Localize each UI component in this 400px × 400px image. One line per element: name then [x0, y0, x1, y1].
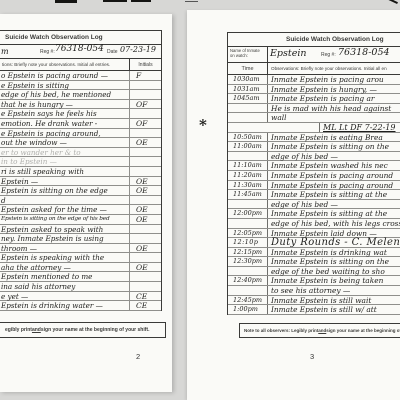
- right-column-headers: Time Observations: Briefly note your obs…: [227, 63, 400, 75]
- time-value: 12:40pm: [228, 276, 268, 285]
- observation-text: wall: [268, 113, 400, 122]
- time-value: [228, 113, 268, 122]
- log-row: He is mad with his head against: [228, 104, 400, 114]
- observation-text: Epstein is sitting on the edge of his be…: [0, 215, 129, 224]
- date-label: Date: [107, 49, 118, 55]
- right-page: Suicide Watch Observation Log Name of In…: [187, 10, 400, 400]
- log-row: that he is hungry — OF: [0, 100, 161, 110]
- log-row: ney. Inmate Epstein is using: [0, 234, 161, 244]
- observation-text: Inmate Epstein is still w/ att: [268, 305, 400, 314]
- observer-initials: CE: [129, 292, 161, 301]
- footer-note-text: sign your name at the beginning of your …: [326, 328, 400, 333]
- observer-initials: [129, 157, 161, 166]
- log-row: 12:30pm Inmate Epstein is sitting on the: [228, 257, 400, 267]
- observation-text: Epstein —: [0, 177, 129, 186]
- time-value: 12:45pm: [228, 296, 268, 305]
- time-value: [228, 219, 268, 228]
- observation-text: throom —: [0, 244, 129, 253]
- left-column-headers: tions: Briefly note your observations. I…: [0, 59, 162, 71]
- observation-text: er to wander her & to: [0, 148, 129, 157]
- log-row: 11:30am Inmate Epstein is pacing around: [228, 181, 400, 191]
- inmate-name-cell: Name of Inmate on watch:: [228, 46, 268, 62]
- observation-text: Inmate Epstein is sitting on the: [268, 142, 400, 151]
- observer-initials: [129, 196, 161, 205]
- log-row: 1:00pm Inmate Epstein is still w/ att: [228, 305, 400, 315]
- observation-text: Epstein is speaking with the: [0, 253, 129, 262]
- time-value: [280, 123, 320, 132]
- scan-artifact: [131, 0, 151, 2]
- left-footer-note: egibly print and sign your name at the b…: [0, 322, 166, 338]
- observer-initials: OE: [129, 177, 161, 186]
- left-page: Suicide Watch Observation Log m Reg #: 7…: [0, 14, 172, 392]
- observation-text: in to Epstein —: [0, 157, 129, 166]
- observation-text: ri is still speaking with: [0, 167, 129, 176]
- observation-text: Inmate Epstein is pacing ar: [268, 94, 400, 103]
- observer-initials: OE: [129, 138, 161, 147]
- log-row: Epstein asked to speak with: [0, 225, 161, 235]
- observation-text: e Epstein says he feels his: [0, 109, 129, 118]
- observer-initials: OF: [129, 119, 161, 128]
- observation-text: e Epstein is sitting: [0, 81, 129, 90]
- log-row: ML Lt DF 7-22-19: [228, 123, 400, 133]
- log-row: ri is still speaking with: [0, 167, 161, 177]
- page-number: 2: [136, 352, 140, 361]
- log-row: wall: [228, 113, 400, 123]
- footer-note-text: egibly print: [5, 327, 32, 333]
- footer-note-text: Note to all observers: Legibly print: [244, 328, 318, 333]
- observer-initials: [129, 167, 161, 176]
- observer-initials: [129, 253, 161, 262]
- observation-text: edge of the bed waiting to sho: [268, 267, 400, 276]
- log-row: 11:00am Inmate Epstein is sitting on the: [228, 142, 400, 152]
- observation-text: Inmate Epstein laid down —: [268, 229, 400, 238]
- log-row: edge of his bed —: [228, 152, 400, 162]
- log-row: Epstein mentioned to me: [0, 272, 161, 282]
- log-row: 12:15pm Inmate Epstein is drinking wat: [228, 248, 400, 258]
- log-row: out the window — OE: [0, 138, 161, 148]
- left-page-title: Suicide Watch Observation Log: [0, 31, 161, 41]
- time-value: [228, 104, 268, 113]
- observation-text: Epstein mentioned to me: [0, 272, 129, 281]
- log-row: emotion. He drank water - OF: [0, 119, 161, 129]
- reg-number-label: Reg #:: [40, 49, 55, 55]
- time-column-header: Time: [228, 63, 268, 74]
- observation-text: Epstein asked for the time —: [0, 205, 129, 214]
- observation-text: aha the attorney —: [0, 263, 129, 272]
- log-row: 11:20am Inmate Epstein is pacing around: [228, 171, 400, 181]
- observation-text: Inmate Epstein is sitting at the: [268, 209, 400, 218]
- observation-text: Duty Rounds - C. Melendez: [268, 238, 400, 247]
- observation-text: e yet —: [0, 292, 129, 301]
- observation-text: that he is hungry —: [0, 100, 129, 109]
- log-row: d: [0, 196, 161, 206]
- observation-text: ina said his attorney: [0, 282, 129, 291]
- observation-text: Inmate Epstein is sitting on the: [268, 257, 400, 266]
- page-number: 3: [310, 352, 314, 361]
- observation-text: Inmate Epstein is pacing arou: [268, 75, 400, 84]
- inmate-name-value: Epstein: [270, 48, 307, 59]
- log-row: aha the attorney — OE: [0, 263, 161, 273]
- inmate-label: on watch:: [230, 53, 267, 58]
- observer-initials: [129, 129, 161, 138]
- footer-note-and: and: [318, 328, 326, 333]
- observation-text: d: [0, 196, 129, 205]
- log-row: 1030am Inmate Epstein is pacing arou: [228, 75, 400, 85]
- observation-text: Inmate Epstein is pacing around: [268, 181, 400, 190]
- time-value: 11:00am: [228, 142, 268, 151]
- observer-initials: [129, 81, 161, 90]
- observations-column-header: Observations: Briefly note your observat…: [268, 63, 400, 74]
- scan-artifact: [185, 1, 198, 2]
- observations-column-header: tions: Briefly note your observations. I…: [0, 59, 129, 70]
- log-row: er to wander her & to: [0, 148, 161, 158]
- observer-initials: OE: [129, 263, 161, 272]
- log-row: edge of his bed —: [228, 200, 400, 210]
- log-row: 11:45am Inmate Epstein is sitting at the: [228, 190, 400, 200]
- log-row: e Epstein is pacing around,: [0, 129, 161, 139]
- right-page-title: Suicide Watch Observation Log: [228, 33, 400, 43]
- time-value: 11:30am: [228, 181, 268, 190]
- time-value: 10:50am: [228, 133, 268, 142]
- log-row: e Epstein says he feels his: [0, 109, 161, 119]
- log-row: 12:40pm Inmate Epstein is being taken: [228, 276, 400, 286]
- scan-artifact: [103, 0, 127, 2]
- time-value: 12:15pm: [228, 248, 268, 257]
- observation-text: edge of his bed, he mentioned: [0, 90, 129, 99]
- log-row: e yet — CE: [0, 292, 161, 302]
- log-row: 12:45pm Inmate Epstein is still wait: [228, 296, 400, 306]
- log-row: Epstein asked for the time — OE: [0, 205, 161, 215]
- observation-text: emotion. He drank water -: [0, 119, 129, 128]
- log-row: Epstein is drinking water — CE: [0, 301, 161, 311]
- observer-initials: [129, 90, 161, 99]
- date-value: 07-23-19: [120, 45, 156, 54]
- observer-initials: OE: [129, 244, 161, 253]
- time-value: [228, 267, 268, 276]
- observer-initials: CE: [129, 301, 161, 310]
- observer-initials: OE: [129, 186, 161, 195]
- right-footer-note: Note to all observers: Legibly print and…: [239, 323, 400, 338]
- time-value: 1045am: [228, 94, 268, 103]
- log-row: throom — OE: [0, 244, 161, 254]
- observation-text: Inmate Epstein is still wait: [268, 296, 400, 305]
- observation-text: He is mad with his head against: [268, 104, 400, 113]
- right-title-box: Suicide Watch Observation Log: [227, 32, 400, 47]
- time-value: 1030am: [228, 75, 268, 84]
- log-row: 10:50am Inmate Epstein is eating Brea: [228, 133, 400, 143]
- observation-text: Inmate Epstein is sitting at the: [268, 190, 400, 199]
- observation-text: out the window —: [0, 138, 129, 147]
- log-row: edge of the bed waiting to sho: [228, 267, 400, 277]
- time-value: 1031am: [228, 85, 268, 94]
- log-row: 12:10p Duty Rounds - C. Melendez: [228, 238, 400, 248]
- time-value: 11:10am: [228, 161, 268, 170]
- time-value: 1:00pm: [228, 305, 268, 314]
- log-row: 12:00pm Inmate Epstein is sitting at the: [228, 209, 400, 219]
- log-row: Epstein is sitting on the edge OE: [0, 186, 161, 196]
- observation-text: to see his attorney —: [268, 286, 400, 295]
- log-row: edge of his bed, he mentioned: [0, 90, 161, 100]
- log-row: Epstein is speaking with the: [0, 253, 161, 263]
- observation-text: Inmate Epstein is drinking wat: [268, 248, 400, 257]
- log-row: 11:10am Inmate Epstein washed his nec: [228, 161, 400, 171]
- observation-text: edge of his bed —: [268, 200, 400, 209]
- reg-number-label: Reg #:: [321, 52, 336, 58]
- time-value: 11:20am: [228, 171, 268, 180]
- observation-text: Inmate Epstein is hungry, —: [268, 85, 400, 94]
- time-value: [228, 286, 268, 295]
- log-row: edge of his bed, with his legs cross: [228, 219, 400, 229]
- time-value: 12:00pm: [228, 209, 268, 218]
- observer-initials: F: [129, 71, 161, 80]
- log-row: 1045am Inmate Epstein is pacing ar: [228, 94, 400, 104]
- time-value: 11:45am: [228, 190, 268, 199]
- log-row: Epstein is sitting on the edge of his be…: [0, 215, 161, 225]
- observation-text: o Epstein is pacing around —: [0, 71, 129, 80]
- observation-text: Inmate Epstein is pacing around: [268, 171, 400, 180]
- initials-column-header: Initials: [129, 59, 161, 70]
- reg-number-value: 76318-054: [55, 44, 104, 54]
- log-row: in to Epstein —: [0, 157, 161, 167]
- time-value: [228, 152, 268, 161]
- observer-initials: OE: [129, 205, 161, 214]
- observer-initials: [129, 282, 161, 291]
- scanned-document: Suicide Watch Observation Log m Reg #: 7…: [0, 0, 400, 400]
- time-value: 12:05pm: [228, 229, 268, 238]
- right-header-row: Name of Inmate on watch: Epstein Reg #: …: [227, 46, 400, 63]
- log-row: Epstein — OE: [0, 177, 161, 187]
- observation-text: Inmate Epstein is being taken: [268, 276, 400, 285]
- observation-text: edge of his bed, with his legs cross: [268, 219, 400, 228]
- observation-text: ney. Inmate Epstein is using: [0, 234, 129, 243]
- observer-initials: [129, 225, 161, 234]
- observation-text: Inmate Epstein is eating Brea: [268, 133, 400, 142]
- observer-initials: [129, 109, 161, 118]
- observation-text: e Epstein is pacing around,: [0, 129, 129, 138]
- observation-text: Inmate Epstein washed his nec: [268, 161, 400, 170]
- log-row: e Epstein is sitting: [0, 81, 161, 91]
- scan-artifact: [388, 0, 398, 4]
- log-row: ina said his attorney: [0, 282, 161, 292]
- observer-initials: [129, 234, 161, 243]
- footer-note-and: and: [32, 327, 41, 333]
- observation-text: Epstein is drinking water —: [0, 301, 129, 310]
- time-value: [228, 200, 268, 209]
- log-row: 1031am Inmate Epstein is hungry, —: [228, 85, 400, 95]
- observer-initials: [129, 272, 161, 281]
- scan-artifact: [55, 0, 77, 3]
- observation-text: ML Lt DF 7-22-19: [320, 123, 400, 132]
- right-observation-rows: 1030am Inmate Epstein is pacing arou 103…: [227, 75, 400, 315]
- left-header-row: m Reg #: 76318-054 Date 07-23-19: [0, 43, 162, 59]
- log-row: o Epstein is pacing around — F: [0, 71, 161, 81]
- observation-text: edge of his bed —: [268, 152, 400, 161]
- margin-asterisk-mark: *: [199, 116, 207, 134]
- observer-initials: OE: [129, 215, 161, 224]
- observer-initials: OF: [129, 100, 161, 109]
- time-value: 12:10p: [228, 238, 268, 247]
- reg-number-value: 76318-054: [338, 47, 390, 58]
- time-value: 12:30pm: [228, 257, 268, 266]
- left-observation-rows: o Epstein is pacing around — F e Epstein…: [0, 71, 162, 311]
- observer-initials: [129, 148, 161, 157]
- observation-text: Epstein is sitting on the edge: [0, 186, 129, 195]
- inmate-name-fragment: m: [1, 47, 9, 56]
- log-row: to see his attorney —: [228, 286, 400, 296]
- observation-text: Epstein asked to speak with: [0, 225, 129, 234]
- footer-note-text: sign your name at the beginning of your …: [41, 327, 150, 333]
